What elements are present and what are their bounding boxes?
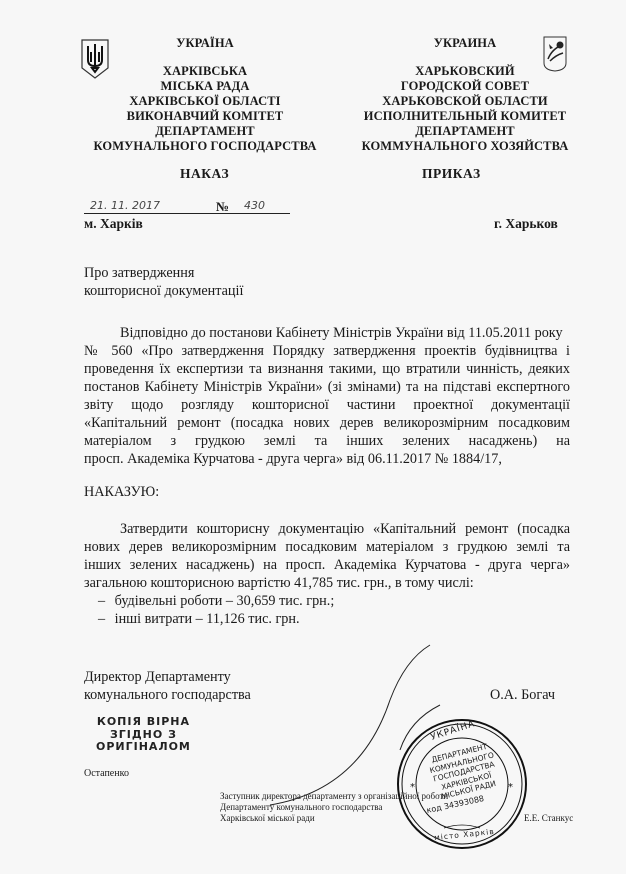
order-line: загальною кошторисною вартістю 41,785 ти… [84, 574, 570, 592]
certifier-name: Е.Е. Станкус [524, 813, 573, 824]
preamble-line: матеріалом з грудкою землі та інших зеле… [84, 432, 570, 450]
dash: – [98, 593, 105, 609]
copy-stamp-line: ОРИГІНАЛОМ [96, 741, 191, 754]
number-label: № [216, 199, 229, 215]
item-text: інші витрати – 11,126 тис. грн. [115, 611, 300, 627]
subject: Про затвердження кошторисної документаці… [84, 264, 243, 300]
preamble-line: постанов Кабінету Міністрів України» (зі… [84, 378, 570, 396]
org-line: ИСПОЛНИТЕЛЬНЫЙ КОМИТЕТ [355, 109, 575, 124]
order-text: Затвердити кошторисну документацію «Капі… [84, 520, 570, 592]
order-number: 430 [244, 199, 265, 212]
svg-text:*: * [508, 782, 513, 793]
kharkiv-city-emblem-icon [542, 35, 568, 73]
order-line: нових дерев великорозмірним посадковим м… [84, 538, 570, 556]
header-left: УКРАЇНА ХАРКІВСЬКА МІСЬКА РАДА ХАРКІВСЬК… [80, 36, 330, 154]
preamble-line: звіту щодо розгляду кошторисної частини … [84, 396, 570, 414]
org-line: ДЕПАРТАМЕНТ [80, 124, 330, 139]
org-line: ХАРЬКОВСКОЙ ОБЛАСТИ [355, 94, 575, 109]
preamble-line: № 560 «Про затвердження Порядку затвердж… [84, 342, 570, 360]
org-line: ДЕПАРТАМЕНТ [355, 124, 575, 139]
list-item: – інші витрати – 11,126 тис. грн. [98, 610, 300, 628]
copy-stamp-line: КОПІЯ ВІРНА [96, 716, 191, 729]
doc-type-ru: ПРИКАЗ [422, 166, 481, 182]
preamble-line: просп. Академіка Курчатова - друга черга… [84, 450, 570, 468]
preamble: Відповідно до постанови Кабінету Міністр… [84, 324, 570, 468]
org-line: КОМУНАЛЬНОГО ГОСПОДАРСТВА [80, 139, 330, 154]
org-line: ВИКОНАВЧИЙ КОМІТЕТ [80, 109, 330, 124]
signatory-position: Директор Департаменту комунального госпо… [84, 668, 251, 704]
org-line: КОММУНАЛЬНОГО ХОЗЯЙСТВА [355, 139, 575, 154]
list-item: – будівельні роботи – 30,659 тис. грн.; [98, 592, 334, 610]
order-date: 21. 11. 2017 [90, 199, 160, 212]
preamble-line: проведення їх експертизи та визнання так… [84, 360, 570, 378]
dash: – [98, 611, 105, 627]
preamble-line: «Капітальний ремонт (посадка нових дерев… [84, 414, 570, 432]
order-line: інших зелених насаджень) на просп. Акаде… [84, 556, 570, 574]
city-ru: г. Харьков [494, 216, 558, 232]
official-seal: * * УКРАЇНА ДЕПАРТАМЕНТ КОМУНАЛЬНОГО ГОС… [396, 718, 528, 850]
org-line: ХАРКІВСЬКОЇ ОБЛАСТІ [80, 94, 330, 109]
position-line: комунального господарства [84, 686, 251, 704]
country-ua: УКРАЇНА [80, 36, 330, 51]
order-line: Затвердити кошторисну документацію «Капі… [84, 520, 570, 538]
city-ua: м. Харків [84, 216, 143, 232]
order-word: НАКАЗУЮ: [84, 483, 159, 501]
position-line: Директор Департаменту [84, 668, 251, 686]
org-line: ХАРКІВСЬКА [80, 64, 330, 79]
subject-line: кошторисної документації [84, 282, 243, 300]
executor: Остапенко [84, 768, 129, 779]
doc-type-ua: НАКАЗ [180, 166, 229, 182]
subject-line: Про затвердження [84, 264, 243, 282]
org-line: ГОРОДСКОЙ СОВЕТ [355, 79, 575, 94]
org-line: МІСЬКА РАДА [80, 79, 330, 94]
copy-stamp: КОПІЯ ВІРНА ЗГІДНО З ОРИГІНАЛОМ [96, 716, 191, 754]
svg-text:*: * [410, 782, 415, 793]
item-text: будівельні роботи – 30,659 тис. грн.; [115, 593, 335, 609]
preamble-line: Відповідно до постанови Кабінету Міністр… [84, 324, 570, 342]
